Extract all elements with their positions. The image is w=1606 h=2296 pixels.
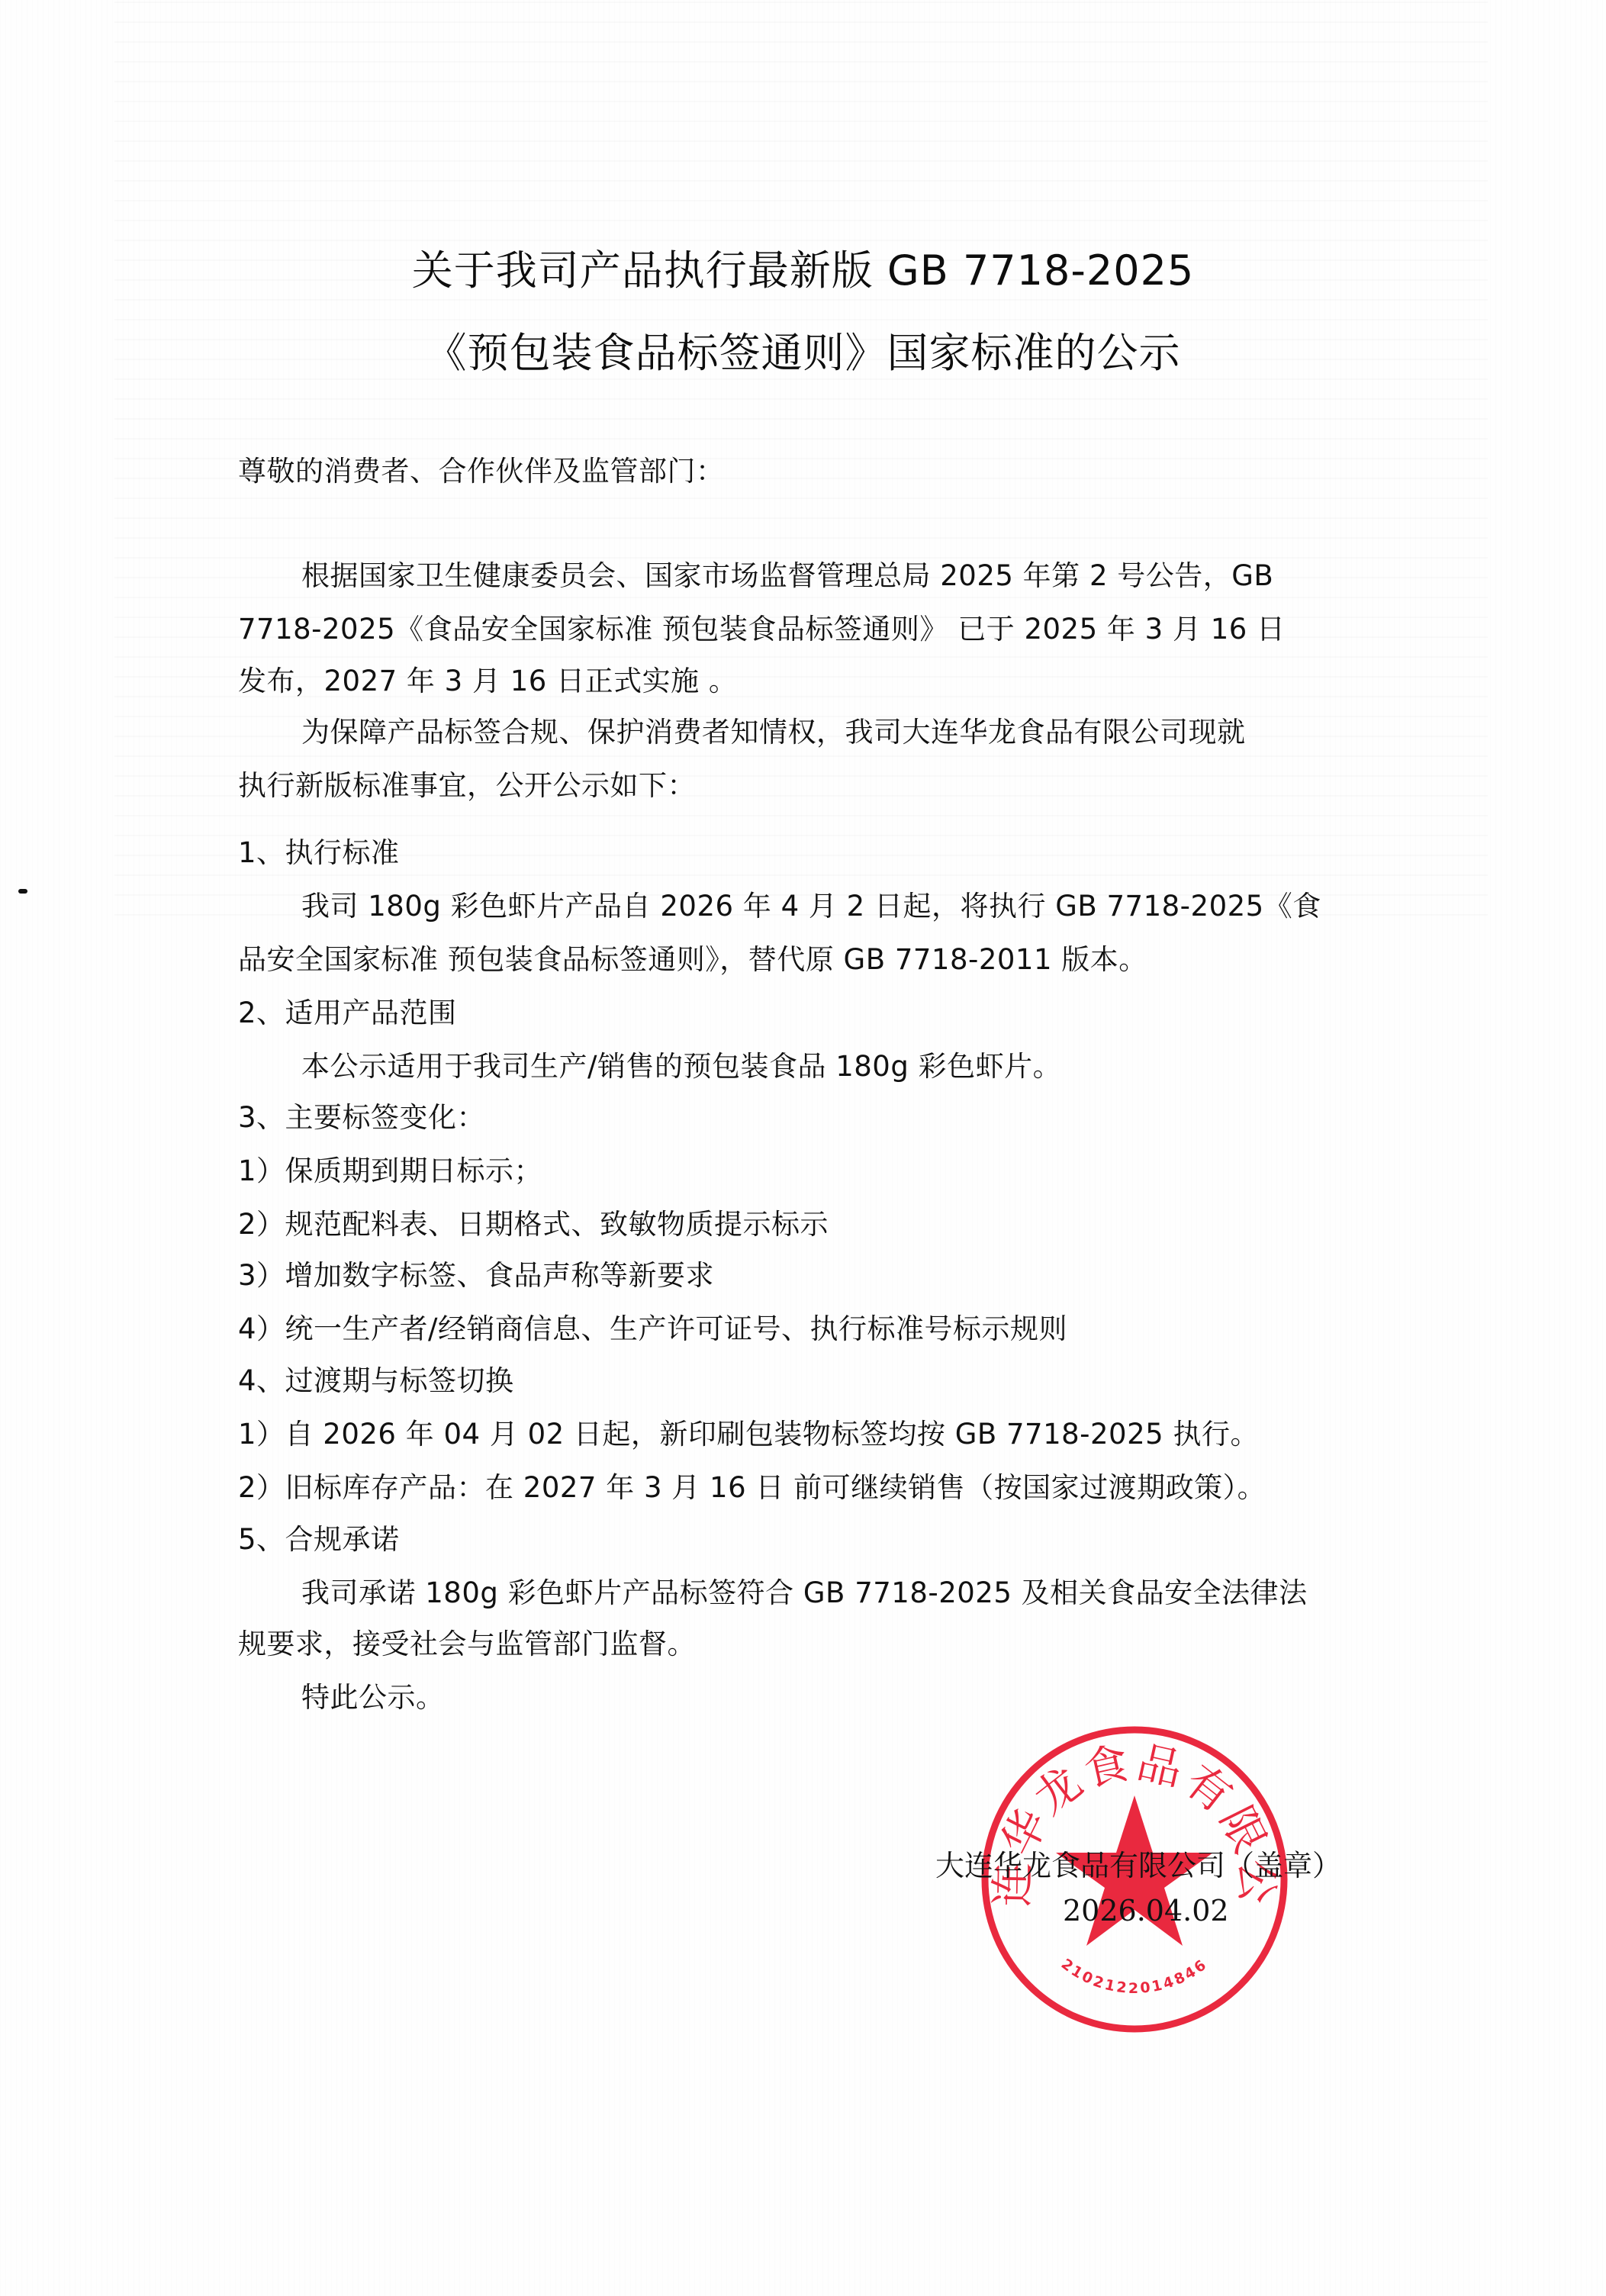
signature-company: 大连华龙食品有限公司（盖章） [935, 1842, 1341, 1884]
section-1-heading: 1、执行标准 [238, 836, 400, 870]
section-3-item-3: 3）增加数字标签、食品声称等新要求 [238, 1259, 714, 1293]
section-4-item-1: 1）自 2026 年 04 月 02 日起，新印刷包装物标签均按 GB 7718… [238, 1418, 1259, 1451]
document-page: 关于我司产品执行最新版 GB 7718-2025 《预包装食品标签通则》国家标准… [0, 0, 1606, 2296]
section-3-heading: 3、主要标签变化： [238, 1101, 485, 1135]
closing-text: 特此公示。 [301, 1681, 445, 1715]
section-5-line-2: 规要求，接受社会与监管部门监督。 [238, 1628, 696, 1661]
section-3-item-1: 1）保质期到期日标示； [238, 1154, 542, 1188]
section-4-item-2: 2）旧标库存产品：在 2027 年 3 月 16 日 前可继续销售（按国家过渡期… [238, 1471, 1266, 1505]
section-5-heading: 5、合规承诺 [238, 1523, 400, 1557]
section-1-line-2: 品安全国家标准 预包装食品标签通则》，替代原 GB 7718-2011 版本。 [238, 943, 1147, 977]
title-line-2: 《预包装食品标签通则》国家标准的公示 [0, 320, 1606, 379]
section-5-line-1: 我司承诺 180g 彩色虾片产品标签符合 GB 7718-2025 及相关食品安… [301, 1576, 1308, 1610]
section-2-line-1: 本公示适用于我司生产/销售的预包装食品 180g 彩色虾片。 [301, 1050, 1061, 1084]
intro-line-2: 7718-2025《食品安全国家标准 预包装食品标签通则》 已于 2025 年 … [238, 613, 1286, 646]
greeting: 尊敬的消费者、合作伙伴及监管部门： [238, 455, 725, 488]
signature-date: 2026.04.02 [1063, 1894, 1229, 1927]
purpose-line-2: 执行新版标准事宜，公开公示如下： [238, 769, 696, 803]
section-3-item-2: 2）规范配料表、日期格式、致敏物质提示标示 [238, 1208, 829, 1241]
section-4-heading: 4、过渡期与标签切换 [238, 1364, 514, 1398]
section-2-heading: 2、适用产品范围 [238, 997, 457, 1030]
intro-line-1: 根据国家卫生健康委员会、国家市场监督管理总局 2025 年第 2 号公告，GB [301, 559, 1273, 593]
purpose-line-1: 为保障产品标签合规、保护消费者知情权，我司大连华龙食品有限公司现就 [301, 716, 1246, 749]
svg-text:2102122014846: 2102122014846 [1058, 1956, 1212, 1997]
intro-line-3: 发布，2027 年 3 月 16 日正式实施 。 [238, 665, 737, 698]
margin-mark [18, 889, 27, 894]
title-line-1: 关于我司产品执行最新版 GB 7718-2025 [0, 238, 1606, 297]
section-1-line-1: 我司 180g 彩色虾片产品自 2026 年 4 月 2 日起，将执行 GB 7… [301, 890, 1321, 923]
section-3-item-4: 4）统一生产者/经销商信息、生产许可证号、执行标准号标示规则 [238, 1312, 1067, 1346]
